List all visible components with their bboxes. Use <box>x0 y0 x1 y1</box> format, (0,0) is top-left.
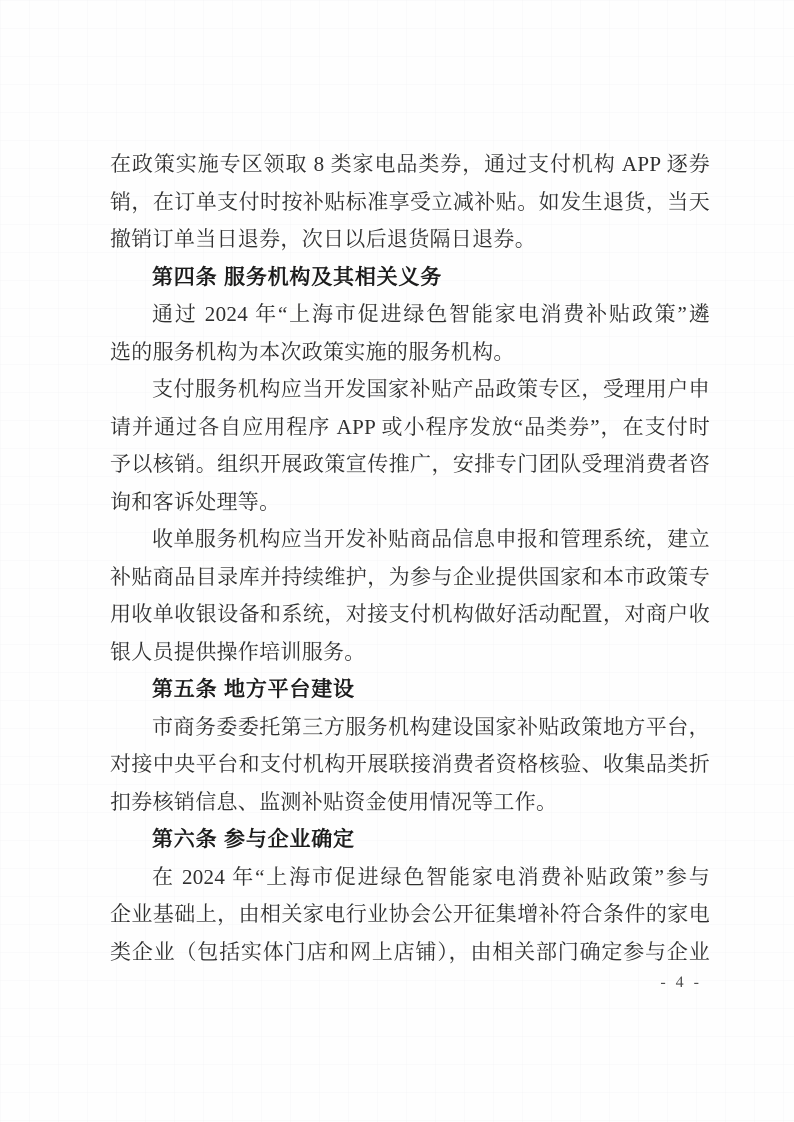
text-line: 销，在订单支付时按补贴标准享受立减补贴。如发生退货，当天 <box>110 184 710 222</box>
text-line: 市商务委委托第三方服务机构建设国家补贴政策地方平台， <box>110 709 710 747</box>
document-page: 在政策实施专区领取 8 类家电品类券，通过支付机构 APP 逐券核销，在订单支付… <box>0 0 794 1122</box>
text-line: 通过 2024 年“上海市促进绿色智能家电消费补贴政策”遴 <box>110 296 710 334</box>
text-line: 撤销订单当日退券，次日以后退货隔日退券。 <box>110 221 710 259</box>
page-number: - 4 - <box>660 974 702 992</box>
document-body: 在政策实施专区领取 8 类家电品类券，通过支付机构 APP 逐券核销，在订单支付… <box>110 146 710 971</box>
section-heading: 第六条 参与企业确定 <box>110 821 710 859</box>
text-line: 收单服务机构应当开发补贴商品信息申报和管理系统，建立 <box>110 521 710 559</box>
text-line: 补贴商品目录库并持续维护，为参与企业提供国家和本市政策专 <box>110 559 710 597</box>
text-line: 在 2024 年“上海市促进绿色智能家电消费补贴政策”参与 <box>110 859 710 897</box>
text-line: 在政策实施专区领取 8 类家电品类券，通过支付机构 APP 逐券核 <box>110 146 710 184</box>
text-line: 请并通过各自应用程序 APP 或小程序发放“品类券”，在支付时 <box>110 409 710 447</box>
text-line: 对接中央平台和支付机构开展联接消费者资格核验、收集品类折 <box>110 746 710 784</box>
text-line: 企业基础上，由相关家电行业协会公开征集增补符合条件的家电 <box>110 896 710 934</box>
section-heading: 第五条 地方平台建设 <box>110 671 710 709</box>
text-line: 用收单收银设备和系统，对接支付机构做好活动配置，对商户收 <box>110 596 710 634</box>
text-line: 支付服务机构应当开发国家补贴产品政策专区，受理用户申 <box>110 371 710 409</box>
text-line: 选的服务机构为本次政策实施的服务机构。 <box>110 334 710 372</box>
section-heading: 第四条 服务机构及其相关义务 <box>110 259 710 297</box>
text-line: 予以核销。组织开展政策宣传推广，安排专门团队受理消费者咨 <box>110 446 710 484</box>
text-line: 询和客诉处理等。 <box>110 484 710 522</box>
text-line: 类企业（包括实体门店和网上店铺），由相关部门确定参与企业 <box>110 934 710 972</box>
text-line: 扣券核销信息、监测补贴资金使用情况等工作。 <box>110 784 710 822</box>
text-line: 银人员提供操作培训服务。 <box>110 634 710 672</box>
